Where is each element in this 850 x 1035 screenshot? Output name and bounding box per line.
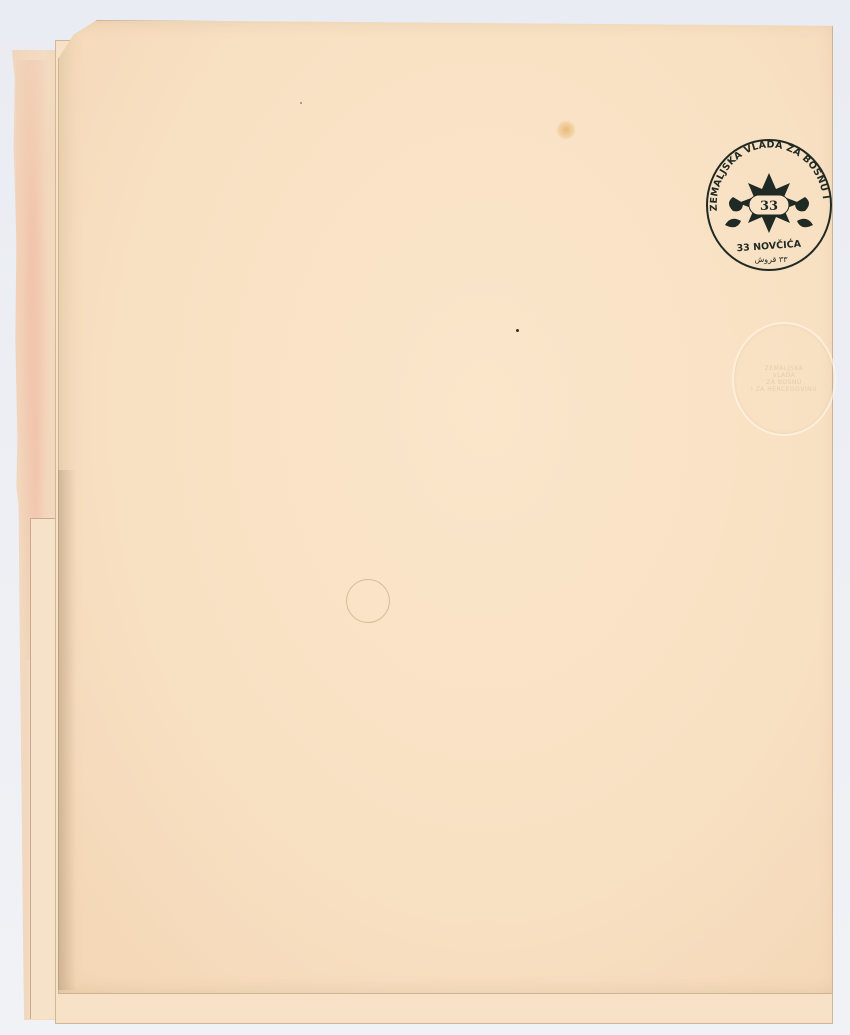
stamp-center-value: 33	[760, 199, 778, 214]
embossed-seal: ZEMALJSKA VLADA ZA BOSNU I ZA HERCEGOVIN…	[732, 322, 836, 436]
stamp-arabic-text: بوسنه وهرسك حكومتى	[703, 137, 707, 139]
stamp-value-text: 33 NOVČIĆA	[736, 238, 802, 255]
ink-speck	[516, 329, 519, 332]
seal-line: ZEMALJSKA	[765, 365, 804, 372]
stamp-graphic: ZEMALJSKA VLADA ZA BOSNU I ZA HERCEGOVIN…	[703, 137, 833, 273]
fold-shadow	[58, 470, 76, 990]
imprinted-stamp: ZEMALJSKA VLADA ZA BOSNU I ZA HERCEGOVIN…	[703, 137, 833, 273]
stamp-arabic-value: ٣٣ قروش	[754, 255, 788, 264]
svg-text:بوسنه وهرسك حكومتى: بوسنه وهرسك حكومتى	[703, 137, 707, 139]
seal-line: VLADA	[773, 372, 796, 379]
foxing-stain	[556, 120, 576, 140]
seal-line: ZA BOSNU	[766, 379, 802, 386]
punch-mark-circle	[346, 579, 390, 623]
seal-line: I ZA HERCEGOVINU	[751, 386, 817, 393]
inner-fold-strip	[30, 518, 57, 1019]
ink-speck	[300, 102, 302, 104]
